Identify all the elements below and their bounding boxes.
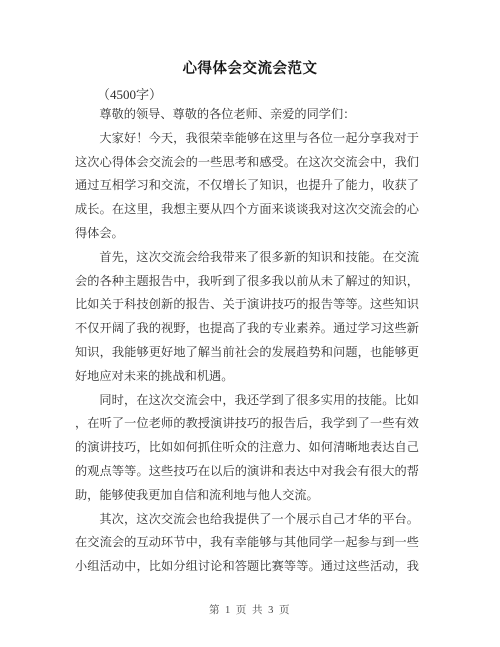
text-line: 知识，我能够更好地了解当前社会的发展趋势和问题，也能够更 bbox=[75, 341, 419, 365]
text-line: ，在听了一位老师的教授演讲技巧的报告后，我学到了一些有效 bbox=[75, 412, 419, 436]
document-body: 尊敬的领导、尊敬的各位老师、亲爱的同学们：大家好！今天，我很荣幸能够在这里与各位… bbox=[75, 103, 419, 579]
text-line: 会的各种主题报告中，我听到了很多我以前从未了解过的知识， bbox=[75, 270, 419, 294]
document-title: 心得体会交流会范文 bbox=[0, 57, 500, 78]
text-line: 成长。在这里，我想主要从四个方面来谈谈我对这次交流会的心 bbox=[75, 198, 419, 222]
text-line: 尊敬的领导、尊敬的各位老师、亲爱的同学们： bbox=[75, 103, 419, 127]
text-line: 在交流会的互动环节中，我有幸能够与其他同学一起参与到一些 bbox=[75, 531, 419, 555]
text-line: 这次心得体会交流会的一些思考和感受。在这次交流会中，我们 bbox=[75, 151, 419, 175]
word-count-label: （4500字） bbox=[97, 84, 162, 103]
text-line: 小组活动中，比如分组讨论和答题比赛等等。通过这些活动，我 bbox=[75, 555, 419, 579]
text-line: 得体会。 bbox=[75, 222, 419, 246]
text-line: 其次，这次交流会也给我提供了一个展示自己才华的平台。 bbox=[75, 508, 419, 532]
page-number-footer: 第 1 页 共 3 页 bbox=[0, 602, 500, 617]
text-line: 的观点等等。这些技巧在以后的演讲和表达中对我会有很大的帮 bbox=[75, 460, 419, 484]
text-line: 助，能够使我更加自信和流利地与他人交流。 bbox=[75, 484, 419, 508]
text-line: 比如关于科技创新的报告、关于演讲技巧的报告等等。这些知识 bbox=[75, 293, 419, 317]
text-line: 首先，这次交流会给我带来了很多新的知识和技能。在交流 bbox=[75, 246, 419, 270]
document-page: 心得体会交流会范文 （4500字） 尊敬的领导、尊敬的各位老师、亲爱的同学们：大… bbox=[0, 0, 500, 647]
text-line: 同时，在这次交流会中，我还学到了很多实用的技能。比如 bbox=[75, 389, 419, 413]
text-line: 大家好！今天，我很荣幸能够在这里与各位一起分享我对于 bbox=[75, 127, 419, 151]
text-line: 通过互相学习和交流，不仅增长了知识，也提升了能力，收获了 bbox=[75, 174, 419, 198]
text-line: 好地应对未来的挑战和机遇。 bbox=[75, 365, 419, 389]
text-line: 的演讲技巧，比如如何抓住听众的注意力、如何清晰地表达自己 bbox=[75, 436, 419, 460]
text-line: 不仅开阔了我的视野，也提高了我的专业素养。通过学习这些新 bbox=[75, 317, 419, 341]
